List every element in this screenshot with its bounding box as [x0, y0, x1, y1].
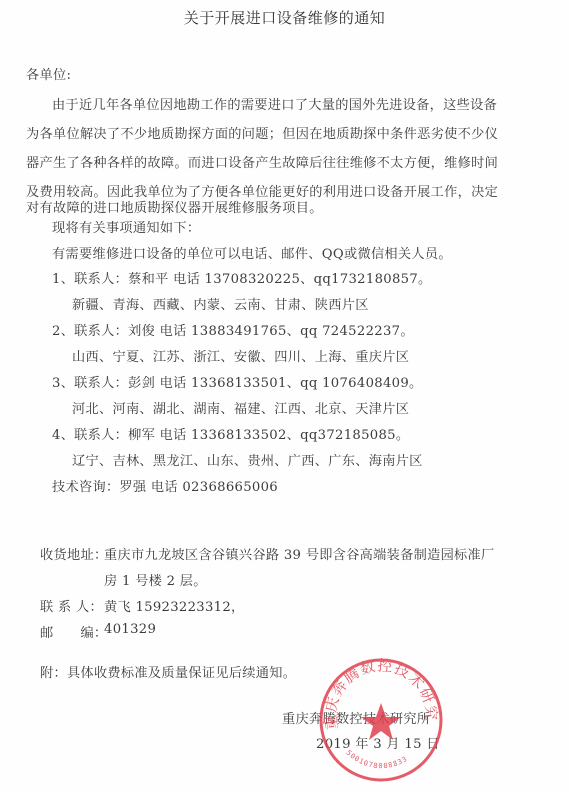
address-label: 收货地址：: [40, 544, 107, 563]
address-line-2: 房 1 号楼 2 层。: [104, 570, 207, 589]
address-line-1: 重庆市九龙坡区含谷镇兴谷路 39 号即含谷高端装备制造园标准厂: [104, 544, 495, 563]
contact-3-regions: 河北、河南、湖北、湖南、福建、江西、北京、天津片区: [72, 398, 409, 417]
contact-4-regions: 辽宁、吉林、黑龙江、山东、贵州、广西、广东、海南片区: [72, 450, 423, 469]
requirement-line: 有需要维修进口设备的单位可以电话、邮件、QQ或微信相关人员。: [52, 243, 452, 262]
contact-1: 1、联系人：蔡和平 电话 13708320225、qq1732180857。: [52, 268, 432, 287]
contact-1-regions: 新疆、青海、西藏、内蒙、云南、甘肃、陕西片区: [72, 294, 369, 313]
signature-date: 2019 年 3 月 15 日: [316, 733, 440, 752]
tech-consult: 技术咨询：罗强 电话 02368665006: [52, 476, 278, 495]
body-line-3: 器产生了各种各样的故障。而进口设备产生故障后往往维修不太方便，维修时间: [26, 152, 546, 171]
contact-2-regions: 山西、宁夏、江苏、浙江、安徽、四川、上海、重庆片区: [72, 346, 409, 365]
body-line-1: 由于近几年各单位因地勘工作的需要进口了大量的国外先进设备，这些设备: [52, 94, 497, 113]
shipping-contact-label: 联 系 人：: [40, 596, 103, 615]
signature-organization: 重庆奔腾数控技术研究所: [282, 708, 430, 727]
postcode-label: 邮 编：: [40, 622, 107, 641]
contact-3: 3、联系人：彭剑 电话 13368133501、qq 1076408409。: [52, 372, 423, 391]
document-title: 关于开展进口设备维修的通知: [0, 7, 569, 28]
body-line-5: 对有故障的进口地质勘探仪器开展维修服务项目。: [26, 197, 546, 216]
shipping-contact-value: 黄飞 15923223312，: [104, 596, 245, 615]
body-line-2: 为各单位解决了不少地质勘探方面的问题；但因在地质勘探中条件恶劣使不少仪: [26, 123, 546, 142]
contact-2: 2、联系人：刘俊 电话 13883491765、qq 724522237。: [52, 320, 414, 339]
appendix-note: 附：具体收费标准及质量保证见后续通知。: [40, 662, 296, 681]
notice-intro: 现将有关事项通知如下：: [52, 217, 200, 236]
postcode-value: 401329: [104, 622, 156, 637]
salutation: 各单位:: [26, 64, 71, 83]
contact-4: 4、联系人：柳军 电话 13368133502、qq372185085。: [52, 424, 409, 443]
document-page: 关于开展进口设备维修的通知 各单位: 由于近几年各单位因地勘工作的需要进口了大量…: [0, 0, 569, 792]
